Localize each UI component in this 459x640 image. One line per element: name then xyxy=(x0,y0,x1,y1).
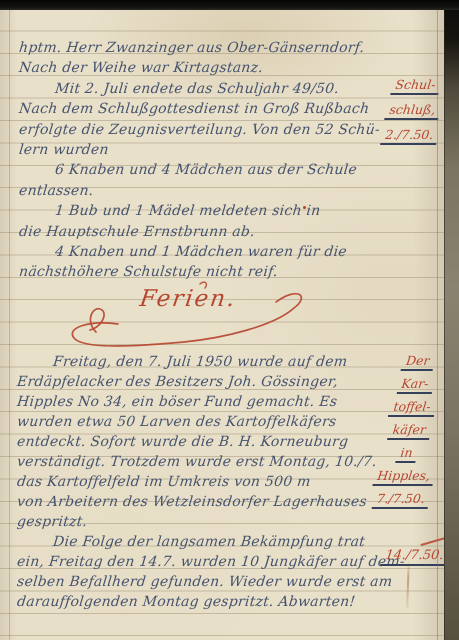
page-text-upper: hptm. Herr Zwanzinger aus Ober-Gänserndo… xyxy=(18,38,390,283)
ferien-heading-text: Ferien. xyxy=(138,286,238,312)
handwritten-line: Nach dem Schlußgottesdienst in Groß Rußb… xyxy=(18,99,392,119)
margin-note-line: in xyxy=(395,444,417,463)
ferien-section-heading: Ferien. xyxy=(52,280,338,360)
handwritten-line: Freitag, den 7. Juli 1950 wurde auf dem xyxy=(16,352,394,372)
handwritten-line: hptm. Herr Zwanzinger aus Ober-Gänserndo… xyxy=(18,38,392,58)
margin-note-line: 2./7.50. xyxy=(380,126,438,145)
scanned-notebook-page: hptm. Herr Zwanzinger aus Ober-Gänserndo… xyxy=(0,0,459,640)
handwritten-line: lern wurden xyxy=(18,140,392,160)
handwritten-line: selben Befallherd gefunden. Wieder wurde… xyxy=(16,572,394,592)
handwritten-line: 1 Bub und 1 Mädel meldeten sich in xyxy=(18,201,392,221)
handwritten-line: verständigt. Trotzdem wurde erst Montag,… xyxy=(16,452,394,472)
handwritten-line: das Kartoffelfeld im Umkreis von 500 m xyxy=(16,472,394,492)
margin-note-line: Schul- xyxy=(390,76,440,95)
handwritten-line: Hipples No 34, ein böser Fund gemacht. E… xyxy=(16,392,394,412)
red-ink-dot xyxy=(303,206,306,209)
handwritten-line: Nach der Weihe war Kirtagstanz. xyxy=(18,58,392,78)
scan-top-dark-edge xyxy=(0,0,459,10)
handwritten-line: 4 Knaben und 1 Mädchen waren für die xyxy=(18,242,392,262)
margin-note-line: Kar- xyxy=(396,375,433,394)
page-right-edge-shadow xyxy=(444,0,459,640)
margin-note-line: 14./7.50. xyxy=(380,547,448,566)
handwritten-line: ein, Freitag den 14.7. wurden 10 Jungkäf… xyxy=(16,552,394,572)
handwritten-line: 6 Knaben und 4 Mädchen aus der Schule xyxy=(18,160,392,180)
handwritten-line: darauffolgenden Montag gespritzt. Abwart… xyxy=(16,592,394,612)
margin-note-line: käfer xyxy=(388,421,431,440)
margin-note-date-14-7: 14./7.50. xyxy=(380,547,449,570)
handwritten-line: gespritzt. xyxy=(16,512,394,532)
page-text-lower: Freitag, den 7. Juli 1950 wurde auf dem … xyxy=(16,352,392,612)
handwritten-line: erfolgte die Zeugnisverteilung. Von den … xyxy=(18,120,392,140)
margin-note-line: 7./7.50. xyxy=(372,490,430,509)
handwritten-line: entlassen. xyxy=(18,181,392,201)
handwritten-line: Mit 2. Juli endete das Schuljahr 49/50. xyxy=(18,79,392,99)
handwritten-line: Erdäpfelacker des Besitzers Joh. Gössing… xyxy=(16,372,394,392)
margin-note-line: Hipples, xyxy=(372,467,435,486)
margin-note-line: schluß, xyxy=(384,101,440,120)
handwritten-line: Die Folge der langsamen Bekämpfung trat xyxy=(16,532,394,552)
handwritten-line: entdeckt. Sofort wurde die B. H. Korneub… xyxy=(16,432,394,452)
right-margin-crease xyxy=(437,9,438,640)
margin-note-line: toffel- xyxy=(388,398,435,417)
handwritten-line: von Arbeitern des Wetzleinsdorfer Lagerh… xyxy=(16,492,394,512)
margin-note-line: Der xyxy=(401,352,435,371)
handwritten-line: die Hauptschule Ernstbrunn ab. xyxy=(18,222,392,242)
left-crease-line xyxy=(9,9,10,640)
handwritten-line: wurden etwa 50 Larven des Kartoffelkäfer… xyxy=(16,412,394,432)
